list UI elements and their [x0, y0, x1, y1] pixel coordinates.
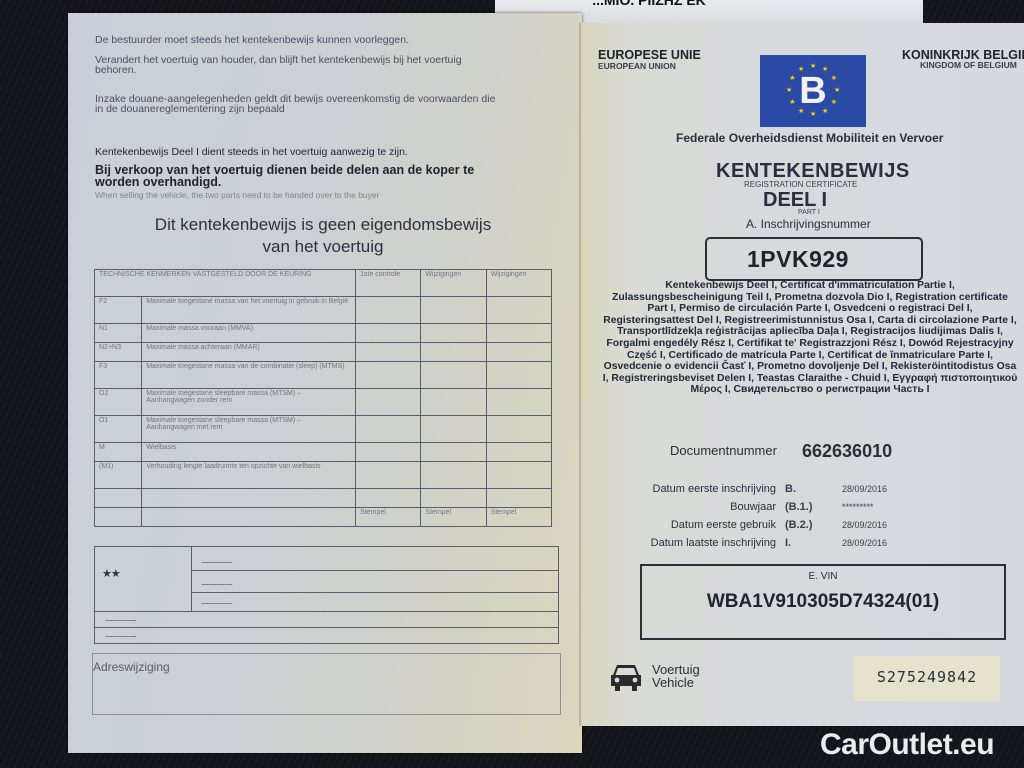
- sale-notice-2: worden overhandigd.: [95, 176, 221, 188]
- document-title-en: REGISTRATION CERTIFICATE: [744, 180, 857, 189]
- sale-notice-en: When selling the vehicle, the two parts …: [95, 190, 379, 201]
- date-value: 28/09/2016: [842, 520, 887, 530]
- instruction-line-5: in de douanereglementering zijn bepaald: [95, 104, 285, 115]
- top-note-text: ...MIO. PIIZHZ EK: [592, 0, 706, 6]
- multilingual-title-list: Kentekenbewijs Deel I, Certificat d'imma…: [602, 280, 1018, 396]
- column-header: Wijzigingen: [486, 270, 551, 297]
- eu-star-icon: ★: [831, 100, 836, 105]
- date-code: (B.1.): [785, 501, 813, 513]
- date-value: 28/09/2016: [842, 484, 887, 494]
- table-row: O1Maximale toegestane sleepbare massa (M…: [95, 416, 552, 443]
- eu-star-icon: ★: [786, 88, 791, 93]
- authority-name: Federale Overheidsdienst Mobiliteit en V…: [676, 131, 943, 145]
- row-desc: Wielbasis: [142, 443, 356, 462]
- row-desc: Verhouding lengte laadruimte ten opzicht…: [142, 462, 356, 489]
- instruction-line-3: behoren.: [95, 65, 136, 76]
- table-row: F3Maximale toegestane massa van de combi…: [95, 362, 552, 389]
- row-desc: Maximale toegestane sleepbare massa (MTS…: [142, 416, 356, 443]
- dotted-line: ........................................…: [105, 617, 136, 623]
- stamp-label: Stempel: [486, 508, 551, 527]
- table-row: N2+N3Maximale massa achteraan (MMAR): [95, 343, 552, 362]
- part-title-en: PART I: [798, 209, 820, 216]
- row-code: F3: [95, 362, 142, 389]
- vehicle-label-en: Vehicle: [652, 676, 694, 689]
- plate-label: A. Inschrijvingsnummer: [746, 217, 871, 231]
- address-change-box: Adreswijziging: [92, 653, 561, 715]
- row-code: O2: [95, 389, 142, 416]
- table-row: O2Maximale toegestane sleepbare massa (M…: [95, 389, 552, 416]
- eu-title: EUROPESE UNIE: [598, 48, 701, 62]
- column-header: 1ste controle: [356, 270, 421, 297]
- car-icon: [608, 659, 644, 695]
- technical-table: TECHNISCHE KENMERKEN VASTGESTELD DOOR DE…: [94, 269, 552, 527]
- eu-star-icon: ★: [789, 100, 794, 105]
- left-page: De bestuurder moet steeds het kentekenbe…: [68, 13, 582, 753]
- vin-box: E. VIN WBA1V910305D74324(01): [640, 564, 1006, 640]
- column-header: Wijzigingen: [421, 270, 486, 297]
- table-row: [95, 489, 552, 508]
- date-code: (B.2.): [785, 519, 813, 531]
- table-row: (M1)Verhouding lengte laadruimte ten opz…: [95, 462, 552, 489]
- stars-mark: ★★: [102, 567, 120, 580]
- row-code: F2: [95, 297, 142, 324]
- vin-label: E. VIN: [642, 571, 1004, 582]
- eu-star-icon: ★: [822, 109, 827, 114]
- plate-number: 1PVK929: [747, 246, 849, 273]
- document-number: 662636010: [802, 441, 892, 462]
- eu-star-icon: ★: [798, 109, 803, 114]
- instruction-line-1: De bestuurder moet steeds het kentekenbe…: [95, 35, 409, 46]
- eu-flag-icon: B ★★★★★★★★★★★★: [760, 55, 866, 127]
- dotted-line: ........................................…: [201, 600, 232, 606]
- eu-star-icon: ★: [834, 88, 839, 93]
- kingdom-subtitle: KINGDOM OF BELGIUM: [920, 60, 1017, 70]
- row-code: M: [95, 443, 142, 462]
- eu-star-icon: ★: [798, 67, 803, 72]
- row-code: N1: [95, 324, 142, 343]
- right-page: EUROPESE UNIE EUROPEAN UNION KONINKRIJK …: [580, 23, 1024, 726]
- plate-box: 1PVK929: [705, 237, 923, 281]
- deel-notice: Kentekenbewijs Deel I dient steeds in he…: [95, 147, 408, 158]
- row-desc: Maximale massa vooraan (MMVA): [142, 324, 356, 343]
- row-code: O1: [95, 416, 142, 443]
- eu-star-icon: ★: [810, 112, 815, 117]
- stamp-label: Stempel: [421, 508, 486, 527]
- address-change-label: Adreswijziging: [93, 660, 170, 674]
- instruction-line-2: Verandert het voertuig van houder, dan b…: [95, 55, 462, 66]
- stamp-label: Stempel: [356, 508, 421, 527]
- row-desc: Maximale toegestane massa van het voertu…: [142, 297, 356, 324]
- watermark-logo: CarOutlet.eu: [820, 728, 994, 762]
- row-code: N2+N3: [95, 343, 142, 362]
- date-value: *********: [842, 502, 874, 512]
- serial-number: S275249842: [854, 668, 1000, 686]
- eu-star-icon: ★: [831, 76, 836, 81]
- vin-value: WBA1V910305D74324(01): [642, 591, 1004, 613]
- row-desc: Maximale toegestane sleepbare massa (MTS…: [142, 389, 356, 416]
- date-code: I.: [785, 537, 791, 549]
- dotted-line: ........................................…: [201, 559, 232, 565]
- serial-box: S275249842: [854, 656, 1000, 701]
- dotted-line: ........................................…: [105, 633, 136, 639]
- remarks-block: ★★ .....................................…: [94, 546, 559, 644]
- table-header: TECHNISCHE KENMERKEN VASTGESTELD DOOR DE…: [95, 270, 356, 297]
- table-row: F2Maximale toegestane massa van het voer…: [95, 297, 552, 324]
- row-desc: Maximale massa achteraan (MMAR): [142, 343, 356, 362]
- eu-subtitle: EUROPEAN UNION: [598, 61, 676, 71]
- eu-star-icon: ★: [810, 64, 815, 69]
- country-code: B: [760, 71, 866, 111]
- ownership-notice-2: van het voertuig: [88, 236, 558, 258]
- table-row: MWielbasis: [95, 443, 552, 462]
- date-code: B.: [785, 483, 796, 495]
- row-desc: Maximale toegestane massa van de combina…: [142, 362, 356, 389]
- stamp-row: Stempel Stempel Stempel: [95, 508, 552, 527]
- date-value: 28/09/2016: [842, 538, 887, 548]
- row-code: (M1): [95, 462, 142, 489]
- dotted-line: ........................................…: [201, 581, 232, 587]
- table-row: N1Maximale massa vooraan (MMVA): [95, 324, 552, 343]
- eu-star-icon: ★: [789, 76, 794, 81]
- eu-star-icon: ★: [822, 67, 827, 72]
- document-number-label: Documentnummer: [670, 443, 777, 458]
- page-fold: [579, 23, 581, 726]
- ownership-notice-1: Dit kentekenbewijs is geen eigendomsbewi…: [88, 214, 558, 236]
